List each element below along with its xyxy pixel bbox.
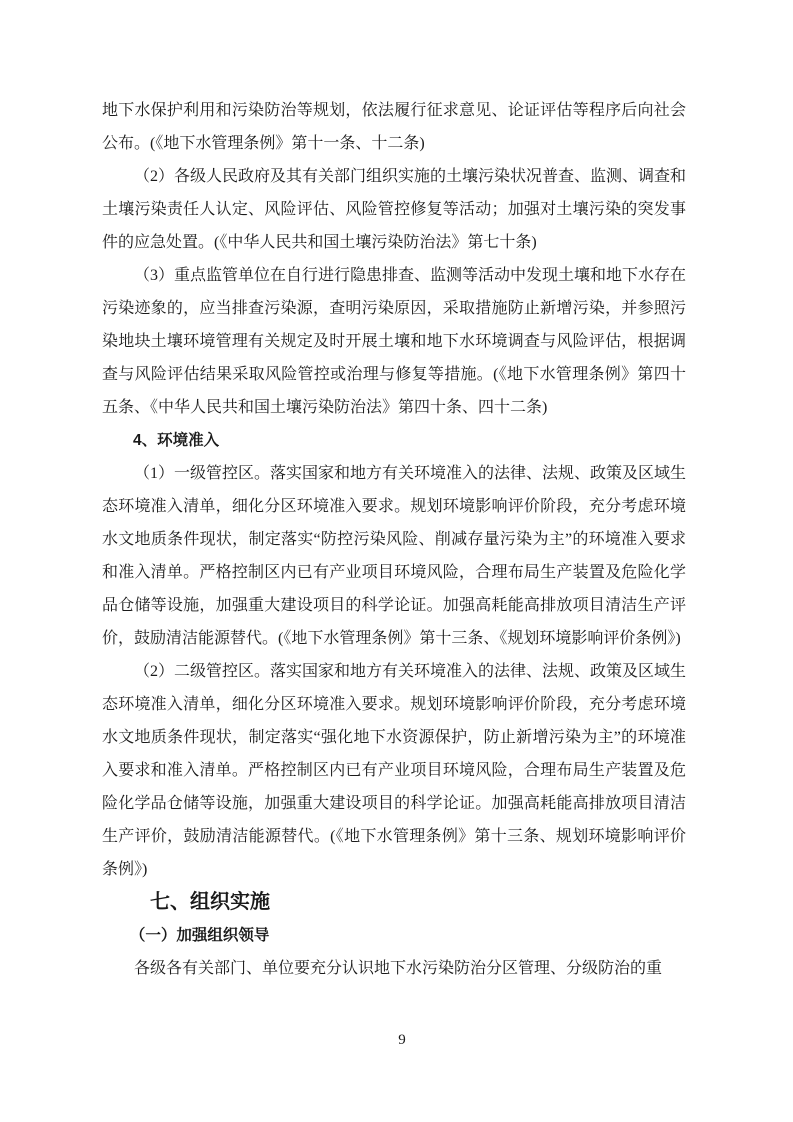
- heading-section: 七、组织实施: [102, 886, 686, 919]
- paragraph: （2）各级人民政府及其有关部门组织实施的土壤污染状况普查、监测、调查和土壤污染责…: [102, 160, 686, 259]
- paragraph: （2）二级管控区。落实国家和地方有关环境准入的法律、法规、政策及区域生态环境准入…: [102, 655, 686, 886]
- document-page: 地下水保护利用和污染防治等规划，依法履行征求意见、论证评估等程序后向社会公布。(…: [0, 0, 793, 1122]
- heading-numbered: 4、环境准入: [102, 424, 686, 457]
- paragraph: 各级各有关部门、单位要充分认识地下水污染防治分区管理、分级防治的重: [102, 952, 686, 985]
- paragraph: （1）一级管控区。落实国家和地方有关环境准入的法律、法规、政策及区域生态环境准入…: [102, 457, 686, 655]
- paragraph: （3）重点监管单位在自行进行隐患排查、监测等活动中发现土壤和地下水存在污染迹象的…: [102, 259, 686, 424]
- document-body: 地下水保护利用和污染防治等规划，依法履行征求意见、论证评估等程序后向社会公布。(…: [102, 94, 686, 985]
- heading-sub: （一）加强组织领导: [102, 919, 686, 952]
- paragraph-continued: 地下水保护利用和污染防治等规划，依法履行征求意见、论证评估等程序后向社会公布。(…: [102, 94, 686, 160]
- page-number: 9: [398, 1032, 406, 1048]
- page-footer: 9: [102, 1030, 686, 1050]
